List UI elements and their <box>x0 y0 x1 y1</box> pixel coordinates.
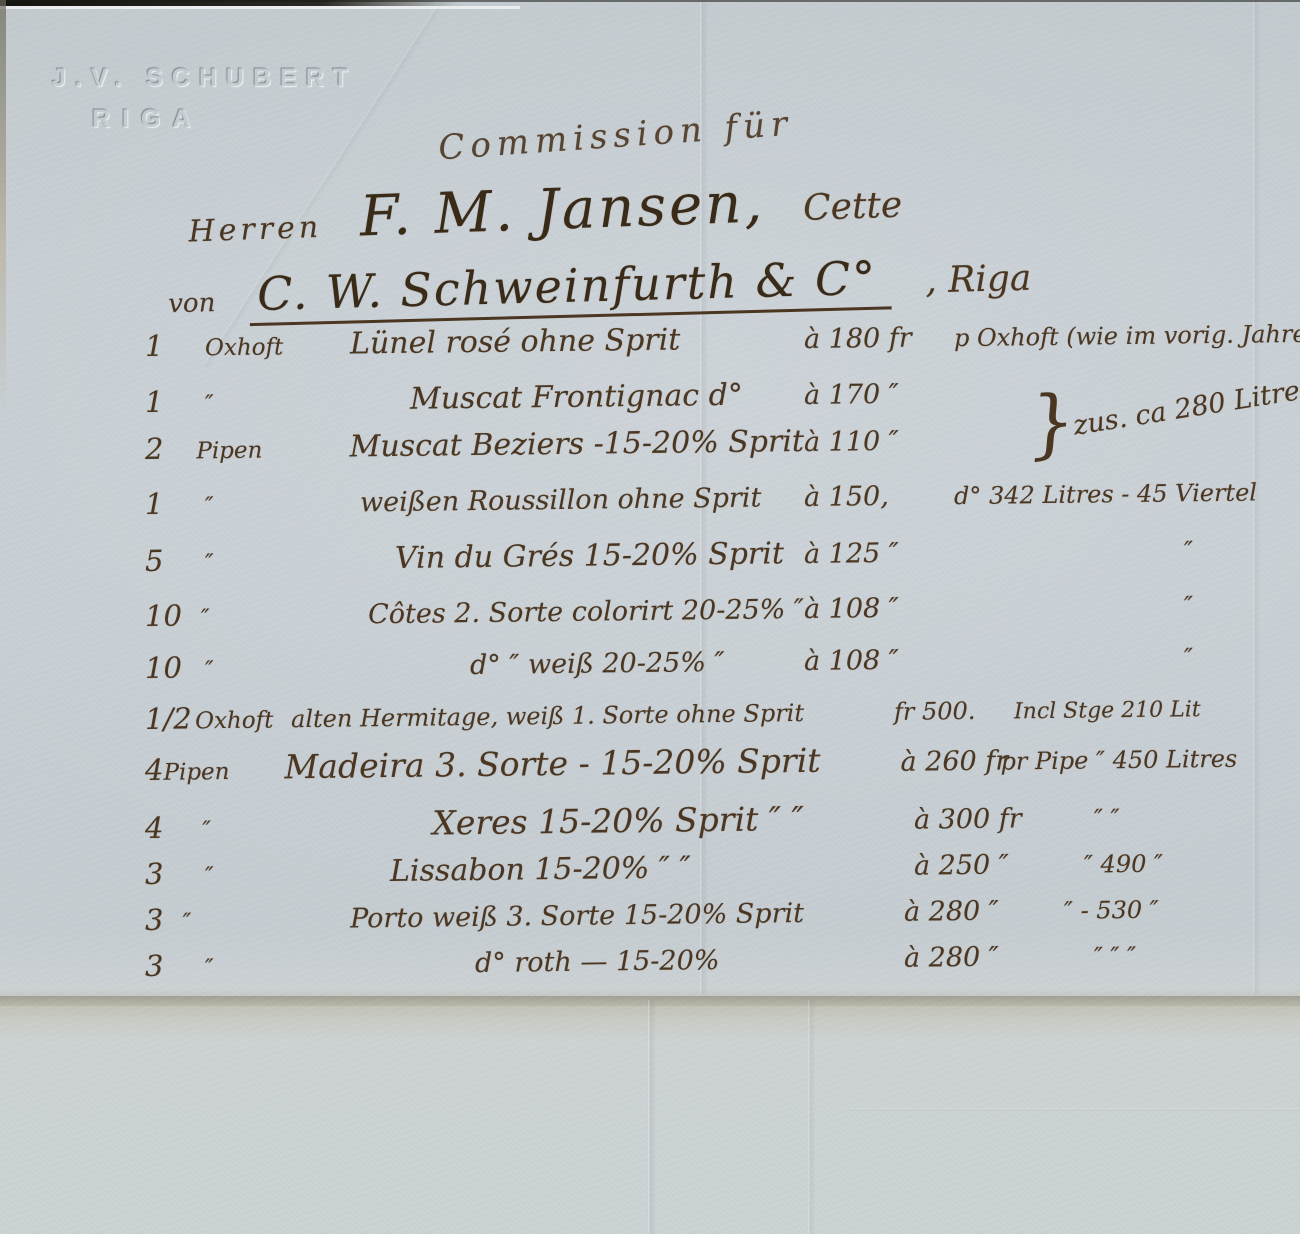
item-price: à 300 fr <box>804 804 954 837</box>
item-row: 1 ″ weißen Roussillon ohne Sprit à 150, … <box>145 473 1294 521</box>
sender-city: , Riga <box>925 258 1032 302</box>
item-row: 3 ″ d° roth — 15-20% à 280 ″ ″ ″ ″ <box>145 935 1294 983</box>
item-price: à 125 ″ <box>804 537 954 570</box>
item-unit: ″ <box>205 549 320 576</box>
item-qty: 3 <box>145 903 183 937</box>
item-extra: ″ ″ <box>954 802 1294 834</box>
item-extra: d° 342 Litres - 45 Viertel <box>954 478 1294 510</box>
item-extra: ″ <box>954 642 1294 674</box>
item-extra: Incl Stge 210 Lit <box>954 696 1294 725</box>
item-unit: Oxhoft <box>205 334 320 361</box>
item-qty: 10 <box>145 598 201 633</box>
sender-line: von C. W. Schweinfurth & C° , Riga <box>167 247 1032 329</box>
item-qty: 4 <box>145 753 164 787</box>
item-unit: ″ <box>205 862 320 889</box>
item-price: à 260 fr <box>820 746 970 779</box>
item-extra: ″ <box>954 535 1294 567</box>
item-desc: Vin du Grés 15-20% Sprit <box>320 536 804 577</box>
item-qty: 1 <box>145 486 205 521</box>
item-desc: Lünel rosé ohne Sprit <box>320 321 804 362</box>
item-desc: weißen Roussillon ohne Sprit <box>320 482 804 519</box>
item-extra: ″ ″ ″ <box>954 940 1294 972</box>
item-price: à 108 ″ <box>804 644 954 677</box>
item-desc: Lissabon 15-20% ″ ″ <box>320 849 804 890</box>
item-unit: ″ <box>205 492 320 519</box>
sender-prefix: von <box>168 288 216 319</box>
item-desc: Madeira 3. Sorte - 15-20% Sprit <box>229 741 820 787</box>
item-unit: ″ <box>201 604 308 631</box>
recipient-city: Cette <box>802 185 902 229</box>
item-row: 4 Pipen Madeira 3. Sorte - 15-20% Sprit … <box>145 735 1294 788</box>
item-unit: ″ <box>205 390 320 417</box>
item-qty: 3 <box>145 856 205 891</box>
item-extra <box>954 445 1294 449</box>
sender-name: C. W. Schweinfurth & C° <box>248 250 892 326</box>
recipient-prefix: Herren <box>188 210 323 250</box>
bottom-fold-panel <box>0 1006 1300 1234</box>
document-paper: J.V. SCHUBERT RIGA Commission für Herren… <box>0 0 1300 1234</box>
item-price: à 150, <box>804 480 954 513</box>
item-row: 3 ″ Porto weiß 3. Sorte 15-20% Sprit à 2… <box>145 889 1294 937</box>
recipient-name: F. M. Jansen, <box>359 170 766 249</box>
item-unit: ″ <box>202 816 312 843</box>
document-title: Commission für <box>437 104 794 169</box>
item-row: 1/2 Oxhoft alten Hermitage, weiß 1. Sort… <box>145 688 1294 736</box>
item-price: à 280 ″ <box>804 896 954 929</box>
item-price: à 180 fr <box>804 322 954 355</box>
item-desc: Porto weiß 3. Sorte 15-20% Sprit <box>255 898 804 936</box>
item-price: à 170 ″ <box>804 378 954 411</box>
item-qty: 1 <box>145 328 205 363</box>
stamp-city: RIGA <box>52 105 357 134</box>
stamp-name: J.V. SCHUBERT <box>52 64 357 93</box>
item-extra: ″ 490 ″ <box>954 848 1294 880</box>
item-desc: d° ″ weiß 20-25% ″ <box>320 646 804 683</box>
item-desc: Muscat Beziers -15-20% Sprit <box>294 424 804 465</box>
item-row: 10 ″ Côtes 2. Sorte colorirt 20-25% ″ à … <box>145 585 1294 633</box>
item-qty: 3 <box>145 948 205 983</box>
item-extra: p Oxhoft (wie im vorig. Jahre) <box>954 320 1294 352</box>
item-row: 3 ″ Lissabon 15-20% ″ ″ à 250 ″ ″ 490 ″ <box>145 843 1294 892</box>
item-desc: Côtes 2. Sorte colorirt 20-25% ″ <box>308 594 804 631</box>
item-unit: Oxhoft <box>195 707 291 734</box>
item-row: 5 ″ Vin du Grés 15-20% Sprit à 125 ″ ″ <box>145 530 1294 579</box>
item-row: 2 Pipen Muscat Beziers -15-20% Sprit à 1… <box>145 418 1294 467</box>
item-extra <box>954 398 1294 402</box>
item-price: à 250 ″ <box>804 850 954 883</box>
item-unit: ″ <box>183 909 256 936</box>
scan-edge-highlight <box>0 6 520 9</box>
item-desc: Muscat Frontignac d° <box>320 377 804 418</box>
horizontal-fold-shadow <box>0 996 1300 1006</box>
item-qty: 1 <box>145 384 205 419</box>
item-unit: Pipen <box>163 759 229 786</box>
item-row: 10 ″ d° ″ weiß 20-25% ″ à 108 ″ ″ <box>145 637 1294 685</box>
item-row: 4 ″ Xeres 15-20% Sprit ″ ″ à 300 fr ″ ″ <box>145 793 1294 846</box>
item-price: fr 500. <box>804 697 954 727</box>
item-unit: ″ <box>205 954 320 981</box>
recipient-line: Herren F. M. Jansen, Cette <box>187 166 903 256</box>
item-price: à 280 ″ <box>804 942 954 975</box>
item-extra: ″ <box>954 590 1294 622</box>
item-qty: 10 <box>145 650 205 685</box>
item-qty: 2 <box>145 431 197 466</box>
item-desc: alten Hermitage, weiß 1. Sorte ohne Spri… <box>291 699 804 733</box>
item-desc: Xeres 15-20% Sprit ″ ″ <box>312 799 804 844</box>
item-qty: 5 <box>145 543 205 578</box>
item-extra: ″ - 530 ″ <box>954 894 1294 926</box>
item-unit: Pipen <box>196 437 295 464</box>
item-qty: 1/2 <box>145 701 195 736</box>
embossed-stamp: J.V. SCHUBERT RIGA <box>52 64 357 134</box>
scan-edge-top-line <box>0 0 1300 2</box>
item-unit: ″ <box>205 656 320 683</box>
item-price: à 110 ″ <box>804 425 954 458</box>
item-extra: pr Pipe ″ 450 Litres <box>970 744 1300 776</box>
item-qty: 4 <box>145 810 203 845</box>
scan-edge-left <box>0 0 6 420</box>
item-price: à 108 ″ <box>804 592 954 625</box>
item-desc: d° roth — 15-20% <box>320 944 804 981</box>
